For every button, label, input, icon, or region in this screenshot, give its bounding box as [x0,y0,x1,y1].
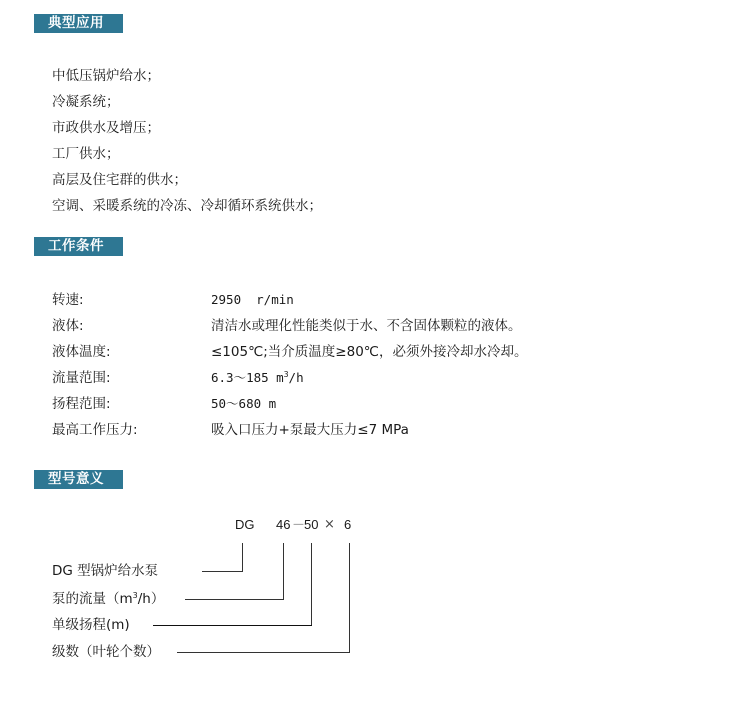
connector-flow-vertical [283,543,284,600]
list-item: 冷凝系统； [52,92,120,112]
legend-series: DG 型锅炉给水泵 [52,561,158,581]
connector-stages-horizontal [177,652,350,653]
model-code-head: 50 [304,515,318,535]
condition-label: 液体: [52,316,84,336]
list-item: 工厂供水； [52,144,120,164]
section-header-model: 型号意义 [34,470,123,489]
condition-label: 液体温度: [52,342,111,362]
condition-label: 转速: [52,290,84,310]
list-item: 市政供水及增压； [52,118,160,138]
flow-value-prefix: 6.3～185 m [211,370,284,385]
connector-head-vertical [311,543,312,626]
connector-head-horizontal [153,625,312,626]
legend-flow: 泵的流量（m3/h） [52,589,164,609]
condition-label: 扬程范围: [52,394,111,414]
model-code-series: DG [235,515,255,535]
model-code-times: × [324,515,335,535]
flow-value-suffix: /h [289,370,304,385]
legend-flow-suffix: /h） [138,591,165,607]
model-code-stages: 6 [344,515,351,535]
legend-head: 单级扬程(m) [52,615,130,635]
condition-value: 2950 r/min [211,290,294,310]
connector-series-vertical [242,543,243,572]
legend-flow-prefix: 泵的流量（m [52,591,133,607]
connector-stages-vertical [349,543,350,653]
connector-flow-horizontal [185,599,284,600]
section-header-applications: 典型应用 [34,14,123,33]
list-item: 中低压锅炉给水； [52,66,160,86]
list-item: 空调、采暖系统的冷冻、冷却循环系统供水； [52,196,322,216]
condition-value: 50～680 m [211,394,276,414]
condition-value: 清洁水或理化性能类似于水、不含固体颗粒的液体。 [211,316,522,336]
legend-stages: 级数（叶轮个数） [52,642,160,662]
connector-series-horizontal [202,571,243,572]
condition-label: 最高工作压力: [52,420,138,440]
condition-value: 6.3～185 m3/h [211,368,304,388]
condition-value: 吸入口压力+泵最大压力≤7 MPa [211,420,409,440]
condition-label: 流量范围: [52,368,111,388]
condition-value: ≤105℃;当介质温度≥80℃，必须外接冷却水冷却。 [211,342,527,362]
section-header-conditions: 工作条件 [34,237,123,256]
model-code-flow: 46 [276,515,290,535]
list-item: 高层及住宅群的供水； [52,170,187,190]
